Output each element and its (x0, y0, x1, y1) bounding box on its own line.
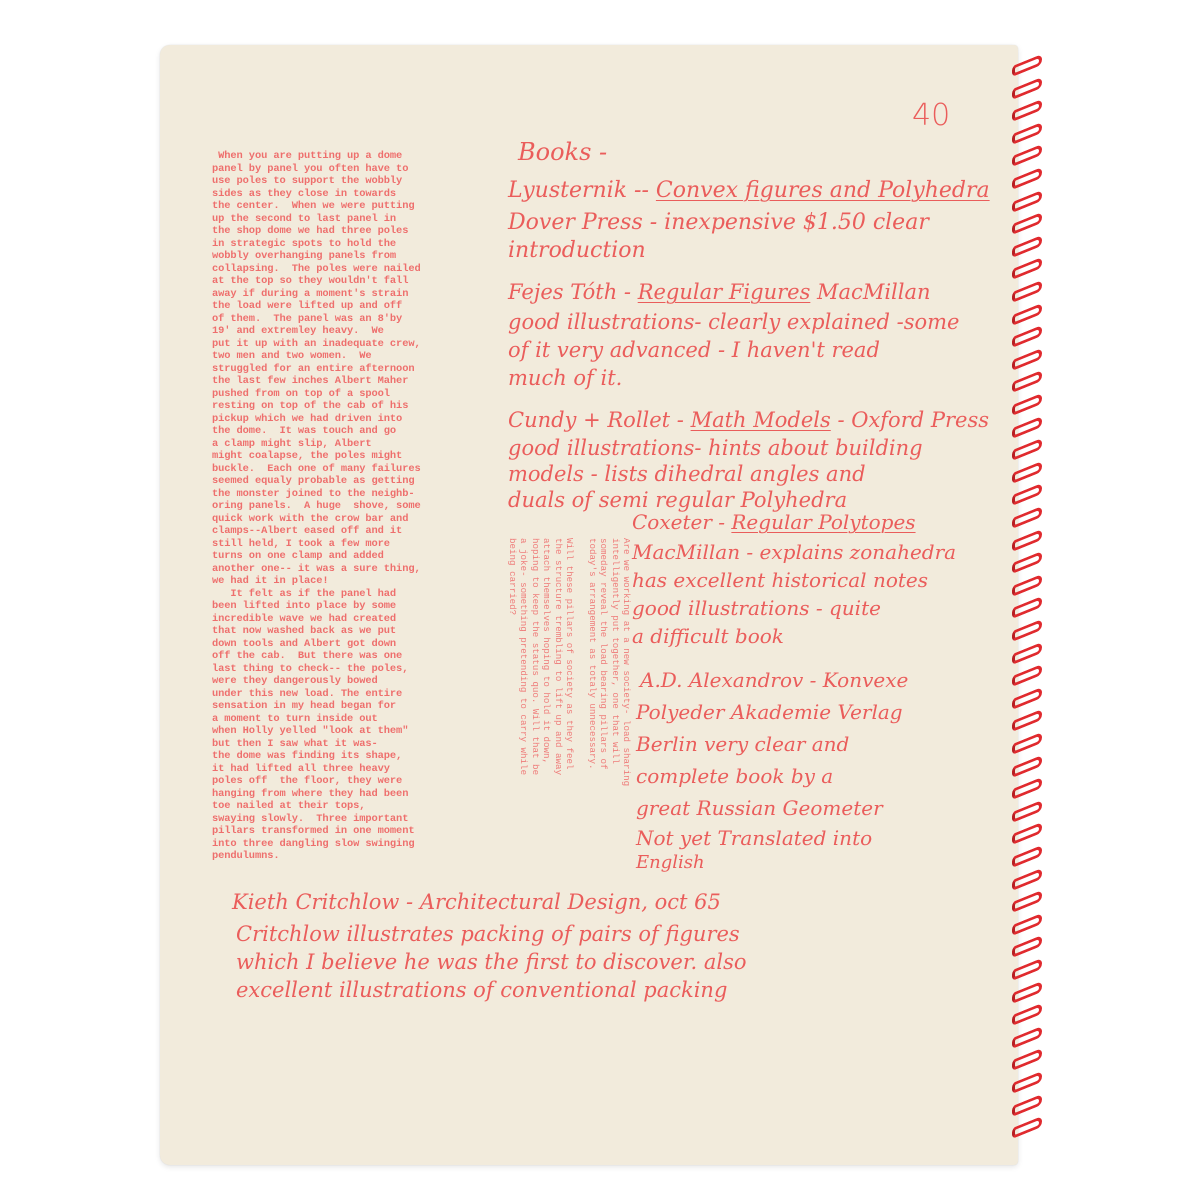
note-line: MacMillan - explains zonahedra (632, 540, 956, 564)
spiral-coil (1012, 800, 1042, 823)
spiral-coil (1012, 529, 1042, 552)
spiral-coil (1012, 890, 1042, 913)
note-line: models - lists dihedral angles and (508, 462, 866, 486)
spiral-coil (1012, 777, 1042, 800)
typed-column: When you are putting up a dome panel by … (212, 150, 492, 863)
spiral-coil (1012, 868, 1042, 891)
spiral-coil (1012, 483, 1042, 506)
author: Cundy + Rollet - (508, 408, 684, 432)
spiral-coil (1012, 212, 1042, 235)
spiral-coil (1012, 822, 1042, 845)
author: Lyusternik -- (508, 178, 649, 203)
note-line: introduction (508, 238, 646, 263)
spiral-coil (1012, 551, 1042, 574)
spiral-coil (1012, 325, 1042, 348)
spiral-coil (1012, 1116, 1042, 1139)
publisher: - Oxford Press (837, 408, 989, 432)
note-line: of it very advanced - I haven't read (508, 338, 880, 362)
note-line: English (636, 852, 705, 873)
note-line: Not yet Translated into (636, 826, 872, 850)
note-line: Critchlow illustrates packing of pairs o… (236, 922, 740, 946)
spiral-coil (1012, 393, 1042, 416)
spiral-coil (1012, 642, 1042, 665)
spiral-coil (1012, 687, 1042, 710)
spiral-coil (1012, 167, 1042, 190)
spiral-coil (1012, 709, 1042, 732)
spiral-coil (1012, 190, 1042, 213)
spiral-coil (1012, 958, 1042, 981)
book-entry-alexandrov: A.D. Alexandrov - Konvexe (640, 668, 908, 692)
note-line: has excellent historical notes (632, 568, 928, 592)
spiral-coil (1012, 845, 1042, 868)
book-title: Regular Figures (638, 280, 811, 304)
author: Coxeter - (632, 510, 725, 534)
note-line: good illustrations - quite (632, 596, 881, 620)
note-line: duals of semi regular Polyhedra (508, 488, 847, 512)
rotated-typed-column: Are we working at a new society- load sh… (496, 538, 632, 860)
book-entry-coxeter: Coxeter - Regular Polytopes (632, 510, 916, 534)
spiral-coil (1012, 1048, 1042, 1071)
spiral-coil (1012, 1071, 1042, 1094)
spiral-binding (1012, 60, 1046, 1160)
spiral-coil (1012, 461, 1042, 484)
book-title: Math Models (691, 408, 831, 432)
spiral-coil (1012, 755, 1042, 778)
note-line: Dover Press - inexpensive $1.50 clear (508, 210, 929, 235)
spiral-coil (1012, 77, 1042, 100)
spiral-coil (1012, 370, 1042, 393)
spiral-coil (1012, 122, 1042, 145)
note-line: much of it. (508, 366, 622, 390)
spiral-coil (1012, 144, 1042, 167)
note-line: Architectural Design, oct 65 (420, 890, 721, 914)
note-line: which I believe he was the first to disc… (236, 950, 747, 974)
spiral-coil (1012, 416, 1042, 439)
note-line: Polyeder Akademie Verlag (636, 700, 903, 724)
spiral-coil (1012, 438, 1042, 461)
spiral-coil (1012, 235, 1042, 258)
spiral-coil (1012, 732, 1042, 755)
book-entry-critchlow: Kieth Critchlow - Architectural Design, … (232, 890, 721, 914)
note-line: excellent illustrations of conventional … (236, 978, 727, 1002)
spiral-coil (1012, 348, 1042, 371)
note-line: great Russian Geometer (636, 796, 883, 820)
spiral-coil (1012, 596, 1042, 619)
spiral-coil (1012, 280, 1042, 303)
note-line: good illustrations- hints about building (508, 436, 923, 460)
book-entry-lyusternik: Lyusternik -- Convex figures and Polyhed… (508, 178, 990, 203)
spiral-coil (1012, 257, 1042, 280)
publisher: MacMillan (817, 280, 930, 304)
author: Kieth Critchlow - (232, 890, 413, 914)
page-number: 40 (912, 98, 950, 133)
rotated-text: Are we working at a new society- load sh… (507, 538, 632, 860)
spiral-coil (1012, 935, 1042, 958)
spiral-coil (1012, 913, 1042, 936)
spiral-coil (1012, 664, 1042, 687)
spiral-coil (1012, 1094, 1042, 1117)
spiral-coil (1012, 1026, 1042, 1049)
spiral-coil (1012, 303, 1042, 326)
note-line: complete book by a (636, 764, 833, 788)
spiral-coil (1012, 574, 1042, 597)
spiral-coil (1012, 981, 1042, 1004)
note-line: good illustrations- clearly explained -s… (508, 310, 959, 334)
spiral-coil (1012, 99, 1042, 122)
spiral-coil (1012, 619, 1042, 642)
note-line: a difficult book (632, 624, 784, 648)
author: Fejes Tóth - (508, 280, 631, 304)
note-line: Berlin very clear and (636, 732, 849, 756)
book-entry-cundy-rollet: Cundy + Rollet - Math Models - Oxford Pr… (508, 408, 989, 432)
books-heading: Books - (518, 138, 607, 166)
spiral-coil (1012, 506, 1042, 529)
spiral-coil (1012, 1003, 1042, 1026)
book-title: Regular Polytopes (731, 510, 915, 534)
book-entry-fejes-toth: Fejes Tóth - Regular Figures MacMillan (508, 280, 931, 304)
book-title: Convex figures and Polyhedra (656, 178, 990, 203)
